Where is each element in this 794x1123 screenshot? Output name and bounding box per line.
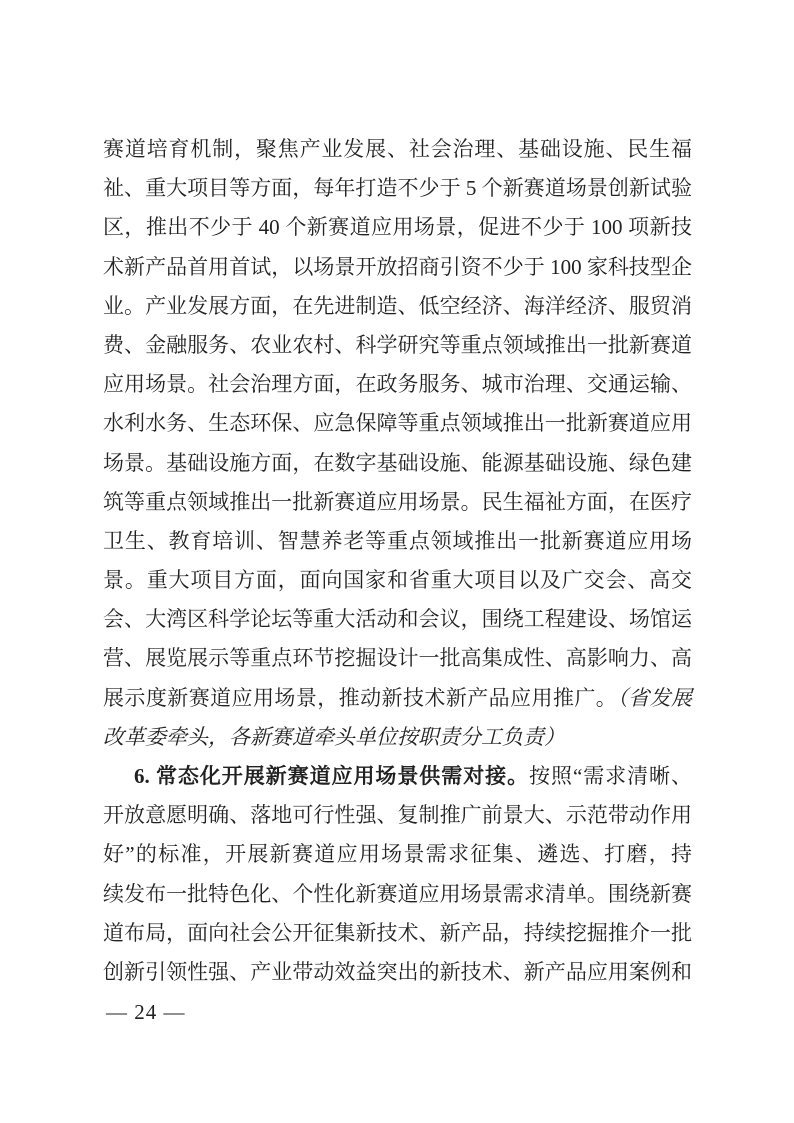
- text-line: 6. 常态化开展新赛道应用场景供需对接。按照“需求清晰、: [103, 757, 692, 796]
- text-line: 好”的标准，开展新赛道应用场景需求征集、遴选、打磨，持: [103, 835, 692, 874]
- text-line: 改革委牵头，各新赛道牵头单位按职责分工负责）: [103, 718, 692, 757]
- text-line: 费、金融服务、农业农村、科学研究等重点领域推出一批新赛道: [103, 326, 692, 365]
- text-line: 水利水务、生态环保、应急保障等重点领域推出一批新赛道应用: [103, 404, 692, 443]
- text-line: 开放意愿明确、落地可行性强、复制推广前景大、示范带动作用: [103, 796, 692, 835]
- body-run: 祉、重大项目等方面，每年打造不少于 5 个新赛道场景创新试验: [103, 176, 692, 200]
- text-line: 应用场景。社会治理方面，在政务服务、城市治理、交通运输、: [103, 365, 692, 404]
- body-run: 术新产品首用首试，以场景开放招商引资不少于 100 家科技型企: [103, 255, 692, 279]
- body-run: 景。重大项目方面，面向国家和省重大项目以及广交会、高交: [103, 568, 692, 592]
- text-line: 创新引领性强、产业带动效益突出的新技术、新产品应用案例和: [103, 953, 692, 992]
- body-run: 区，推出不少于 40 个新赛道应用场景，促进不少于 100 项新技: [103, 215, 692, 239]
- text-line: 道布局，面向社会公开征集新技术、新产品，持续挖掘推介一批: [103, 914, 692, 953]
- text-line: 场景。基础设施方面，在数字基础设施、能源基础设施、绿色建: [103, 444, 692, 483]
- text-line: 景。重大项目方面，面向国家和省重大项目以及广交会、高交: [103, 561, 692, 600]
- body-run: 会、大湾区科学论坛等重大活动和会议，围绕工程建设、场馆运: [103, 607, 692, 631]
- document-page: 赛道培育机制，聚焦产业发展、社会治理、基础设施、民生福 祉、重大项目等方面，每年…: [0, 0, 794, 1123]
- text-line: 业。产业发展方面，在先进制造、低空经济、海洋经济、服贸消: [103, 287, 692, 326]
- text-line: 区，推出不少于 40 个新赛道应用场景，促进不少于 100 项新技: [103, 208, 692, 247]
- text-line: 展示度新赛道应用场景，推动新技术新产品应用推广。（省发展: [103, 679, 692, 718]
- text-line: 筑等重点领域推出一批新赛道应用场景。民生福祉方面，在医疗: [103, 483, 692, 522]
- agency-note-run: （省发展: [617, 686, 692, 710]
- text-line: 赛道培育机制，聚焦产业发展、社会治理、基础设施、民生福: [103, 130, 692, 169]
- body-run: 开放意愿明确、落地可行性强、复制推广前景大、示范带动作用: [103, 803, 692, 827]
- body-run: 卫生、教育培训、智慧养老等重点领域推出一批新赛道应用场: [103, 529, 692, 553]
- agency-note-run: 改革委牵头，各新赛道牵头单位按职责分工负责）: [103, 725, 565, 749]
- body-run: 业。产业发展方面，在先进制造、低空经济、海洋经济、服贸消: [103, 294, 692, 318]
- body-run: 应用场景。社会治理方面，在政务服务、城市治理、交通运输、: [103, 372, 692, 396]
- body-run: 展示度新赛道应用场景，推动新技术新产品应用推广。: [103, 686, 617, 710]
- body-run: 场景。基础设施方面，在数字基础设施、能源基础设施、绿色建: [103, 451, 692, 475]
- body-run: 筑等重点领域推出一批新赛道应用场景。民生福祉方面，在医疗: [103, 490, 692, 514]
- item-6-heading: 6. 常态化开展新赛道应用场景供需对接。: [134, 764, 529, 788]
- body-text-block: 赛道培育机制，聚焦产业发展、社会治理、基础设施、民生福 祉、重大项目等方面，每年…: [103, 130, 692, 992]
- text-line: 会、大湾区科学论坛等重大活动和会议，围绕工程建设、场馆运: [103, 600, 692, 639]
- body-run: 营、展览展示等重点环节挖掘设计一批高集成性、高影响力、高: [103, 646, 692, 670]
- body-run: 好”的标准，开展新赛道应用场景需求征集、遴选、打磨，持: [103, 842, 692, 866]
- body-run: 费、金融服务、农业农村、科学研究等重点领域推出一批新赛道: [103, 333, 692, 357]
- text-line: 祉、重大项目等方面，每年打造不少于 5 个新赛道场景创新试验: [103, 169, 692, 208]
- text-line: 续发布一批特色化、个性化新赛道应用场景需求清单。围绕新赛: [103, 875, 692, 914]
- text-line: 术新产品首用首试，以场景开放招商引资不少于 100 家科技型企: [103, 248, 692, 287]
- body-run: 赛道培育机制，聚焦产业发展、社会治理、基础设施、民生福: [103, 137, 692, 161]
- body-run: 水利水务、生态环保、应急保障等重点领域推出一批新赛道应用: [103, 411, 692, 435]
- text-line: 卫生、教育培训、智慧养老等重点领域推出一批新赛道应用场: [103, 522, 692, 561]
- page-number: — 24 —: [106, 998, 186, 1026]
- body-run: 道布局，面向社会公开征集新技术、新产品，持续挖掘推介一批: [103, 921, 692, 945]
- body-run: 创新引领性强、产业带动效益突出的新技术、新产品应用案例和: [103, 960, 692, 984]
- text-line: 营、展览展示等重点环节挖掘设计一批高集成性、高影响力、高: [103, 639, 692, 678]
- body-run: 续发布一批特色化、个性化新赛道应用场景需求清单。围绕新赛: [103, 882, 692, 906]
- body-run: 按照“需求清晰、: [529, 764, 692, 788]
